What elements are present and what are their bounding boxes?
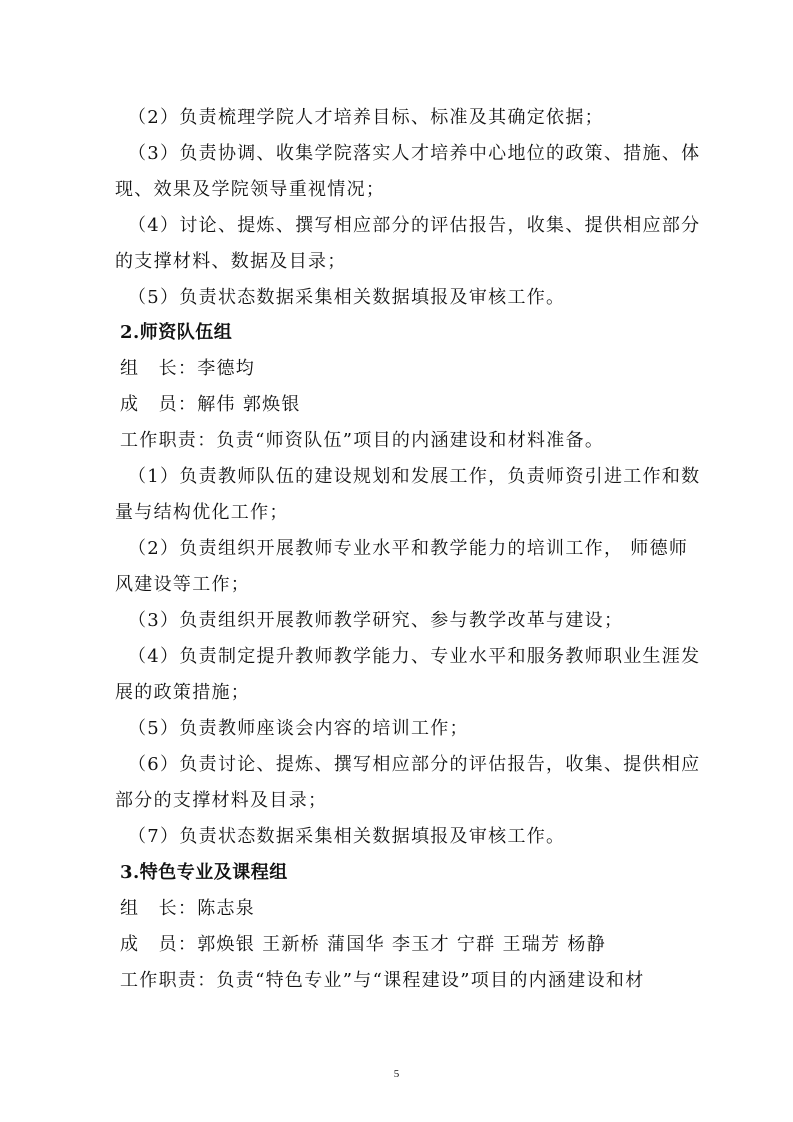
list-item: （2）负责组织开展教师专业水平和教学能力的培训工作， 师德师	[128, 537, 728, 561]
list-item: （4）负责制定提升教师教学能力、专业水平和服务教师职业生涯发	[128, 645, 728, 669]
list-item-continuation: 现、效果及学院领导重视情况；	[115, 178, 715, 202]
group-leader: 组 长：陈志泉	[120, 897, 720, 921]
list-item-continuation: 的支撑材料、数据及目录；	[115, 250, 715, 274]
list-item: （2）负责梳理学院人才培养目标、标准及其确定依据；	[128, 106, 728, 130]
section-heading: 2.师资队伍组	[120, 321, 720, 345]
group-leader: 组 长：李德均	[120, 357, 720, 381]
list-item: （6）负责讨论、提炼、撰写相应部分的评估报告，收集、提供相应	[128, 753, 728, 777]
job-duties: 工作职责：负责“师资队伍”项目的内涵建设和材料准备。	[120, 429, 720, 453]
list-item-continuation: 量与结构优化工作；	[115, 501, 715, 525]
list-item-continuation: 风建设等工作；	[115, 573, 715, 597]
group-members: 成 员：解伟 郭焕银	[120, 393, 720, 417]
list-item: （5）负责状态数据采集相关数据填报及审核工作。	[128, 286, 728, 310]
list-item: （3）负责组织开展教师教学研究、参与教学改革与建设；	[128, 609, 728, 633]
section-heading: 3.特色专业及课程组	[120, 861, 720, 885]
list-item: （1）负责教师队伍的建设规划和发展工作，负责师资引进工作和数	[128, 465, 728, 489]
job-duties: 工作职责：负责“特色专业”与“课程建设”项目的内涵建设和材	[120, 969, 720, 993]
page-number: 5	[0, 1068, 793, 1080]
group-members: 成 员：郭焕银 王新桥 蒲国华 李玉才 宁群 王瑞芳 杨静	[120, 933, 720, 957]
list-item: （5）负责教师座谈会内容的培训工作；	[128, 717, 728, 741]
list-item-continuation: 部分的支撑材料及目录；	[115, 789, 715, 813]
list-item-continuation: 展的政策措施；	[115, 681, 715, 705]
list-item: （7）负责状态数据采集相关数据填报及审核工作。	[128, 825, 728, 849]
list-item: （4）讨论、提炼、撰写相应部分的评估报告，收集、提供相应部分	[128, 214, 728, 238]
document-page: （2）负责梳理学院人才培养目标、标准及其确定依据； （3）负责协调、收集学院落实…	[0, 0, 793, 1122]
list-item: （3）负责协调、收集学院落实人才培养中心地位的政策、措施、体	[128, 142, 728, 166]
